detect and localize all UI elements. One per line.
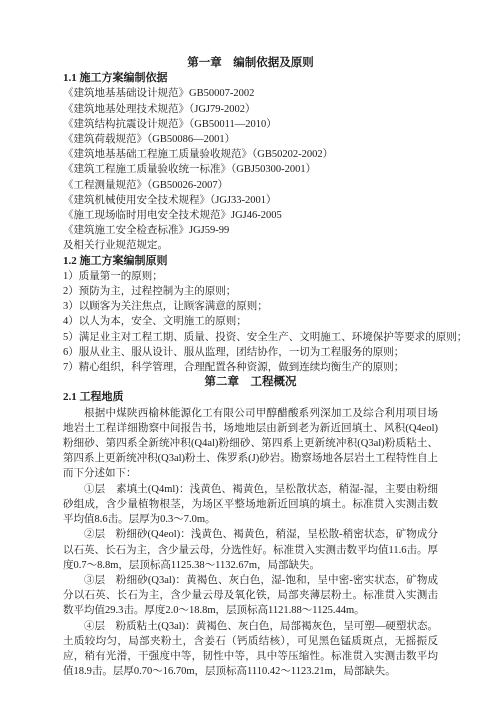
section-1-2-heading: 1.2 施工方案编制原则 xyxy=(63,254,438,269)
chapter2-title: 第二章 工程概况 xyxy=(63,375,438,390)
geology-intro-paragraph: 根据中煤陕西榆林能源化工有限公司甲醇醋酸系列深加工及综合利用项目场地岩土工程详细… xyxy=(63,406,438,482)
principle-item: 5）满足业主对工程工期、质量、投资、安全生产、文明施工、环境保护等要求的原则； xyxy=(63,330,438,345)
principle-item: 3）以顾客为关注焦点，让顾客满意的原则； xyxy=(63,299,438,314)
principle-item: 4）以人为本，安全、文明施工的原则； xyxy=(63,314,438,329)
soil-layer-paragraph: ②层 粉细砂(Q4eol)：浅黄色、褐黄色，稍湿，呈松散-稍密状态，矿物成分以石… xyxy=(63,527,438,573)
reference-item: 《建筑施工安全检查标准》JGJ59-99 xyxy=(63,223,438,238)
reference-item: 《建筑机械使用安全技术规程》（JGJ33-2001） xyxy=(63,193,438,208)
soil-layer-paragraph: ④层 粉质粘土(Q3al)：黄褐色、灰白色，局部褐灰色，呈可塑—硬塑状态。土质较… xyxy=(63,619,438,680)
principle-item: 6）服从业主、服从设计、服从监理，团结协作，一切为工程服务的原则； xyxy=(63,345,438,360)
principle-item: 7）精心组织，科学管理，合理配置各种资源，做到连续均衡生产的原则； xyxy=(63,360,438,375)
references-footer-note: 及相关行业规范规定。 xyxy=(63,238,438,253)
section-1-1-heading: 1.1 施工方案编制依据 xyxy=(63,71,438,86)
reference-item: 《建筑地基处理技术规范》（JGJ79-2002） xyxy=(63,102,438,117)
reference-item: 《建筑地基基础工程施工质量验收规范》（GB50202-2002） xyxy=(63,147,438,162)
reference-item: 《建筑结构抗震设计规范》（GB50011—2010） xyxy=(63,117,438,132)
reference-item: 《建筑地基基础设计规范》GB50007-2002 xyxy=(63,86,438,101)
chapter1-title: 第一章 编制依据及原则 xyxy=(63,56,438,71)
principle-item: 1）质量第一的原则； xyxy=(63,269,438,284)
soil-layer-paragraph: ③层 粉细砂(Q3al)：黄褐色、灰白色，湿-饱和，呈中密-密实状态，矿物成分以… xyxy=(63,573,438,619)
principle-item: 2）预防为主，过程控制为主的原则； xyxy=(63,284,438,299)
section-2-1-heading: 2.1 工程地质 xyxy=(63,390,438,405)
reference-item: 《施工现场临时用电安全技术规范》JGJ46-2005 xyxy=(63,208,438,223)
reference-item: 《建筑工程施工质量验收统一标准》（GBJ50300-2001） xyxy=(63,162,438,177)
reference-item: 《建筑荷载规范》（GB50086—2001） xyxy=(63,132,438,147)
soil-layer-paragraph: ①层 素填土(Q4ml)：浅黄色、褐黄色，呈松散状态，稍湿-湿，主要由粉细砂组成… xyxy=(63,482,438,528)
reference-item: 《工程测量规范》（GB50026-2007） xyxy=(63,178,438,193)
document-page: 第一章 编制依据及原则 1.1 施工方案编制依据 《建筑地基基础设计规范》GB5… xyxy=(0,0,496,701)
